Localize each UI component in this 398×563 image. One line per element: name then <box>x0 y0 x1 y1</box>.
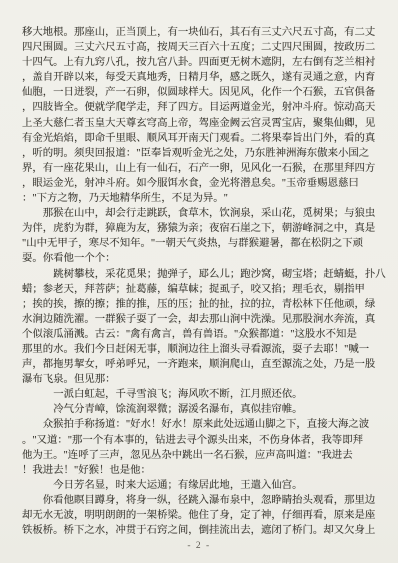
document-page: 移大地根。那座山，正当顶上，有一块仙石，其石有三丈六尺五寸高，有二丈四尺围圆。三… <box>0 0 398 563</box>
page-number: - 2 - <box>22 540 376 552</box>
text-line: 四尺围圆。三丈六尺五寸高，按周天三百六十五度；二丈四尺围圆，按政历二 <box>22 40 376 55</box>
text-line: 今日芳名显，时来大运通；有缘居此地，王遣入仙宫。 <box>22 478 376 493</box>
page-body: 移大地根。那座山，正当顶上，有一块仙石，其石有三丈六尺五寸高，有二丈四尺围圆。三… <box>22 25 376 538</box>
text-line: ，四肢皆全。便就学爬学走，拜了四方。目运两道金光，射冲斗府。惊动高天 <box>22 100 376 115</box>
text-line: ！我进去！"好猴！也是他： <box>22 463 376 478</box>
text-line: 有金光焰焰，即命千里眼、顺风耳开南天门观看。二将果奉旨出门外，看的真 <box>22 131 376 146</box>
text-line: 却无水无波，明明朗朗的一架桥梁。他住了身，定了神，仔细再看，原来是座 <box>22 508 376 523</box>
text-line: ，眼运金光，射冲斗府。如今服饵水食，金光将潜息矣。"玉帝垂赐恩慈曰 <box>22 176 376 191</box>
text-line: 冷气分青嶂，馀流润翠微；潺湲名瀑布，真似挂帘帷。 <box>22 402 376 417</box>
text-line: 移大地根。那座山，正当顶上，有一块仙石，其石有三丈六尺五寸高，有二丈 <box>22 25 376 40</box>
text-line: 跳树攀枝，采花觅果；抛弹子，邷么儿；跑沙窝，砌宝塔；赶蜻蜓，扑八 <box>22 267 376 282</box>
text-line: 。"又道："那一个有本事的，钻进去寻个源头出来，不伤身体者，我等即拜 <box>22 433 376 448</box>
text-line: 耍。你看他一个个： <box>22 251 376 266</box>
text-line: 上圣大慈仁者玉皇大天尊玄穹高上帝，驾座金阙云宫灵霄宝店，聚集仙卿，见 <box>22 116 376 131</box>
text-line: 那里的水。我们今日赶闲无事，顺涧边往上溜头寻看源流，耍子去耶！"喊一 <box>22 342 376 357</box>
text-line: 瀑布飞泉。但见那： <box>22 372 376 387</box>
text-line: 声，都拖男挈女，呼弟呼兄，一齐跑来，顺涧爬山，直至源流之处，乃是一股 <box>22 357 376 372</box>
text-line: "山中无甲子，寒尽不知年。"一朝天气炎热，与群猴避暑，都在松阴之下顽 <box>22 236 376 251</box>
text-line: 那猴在山中，却会行走跳跃，食草木，饮涧泉，采山花，觅树果；与狼虫 <box>22 206 376 221</box>
text-line: ，听的明。须臾回报道："臣奉旨观听金光之处，乃东胜神洲海东傲来小国之 <box>22 146 376 161</box>
text-line: 仙胞，一日迸裂，产一石卵，似圆球样大。因见风，化作一个石猴，五官俱备 <box>22 85 376 100</box>
text-line: 蜡；参老天，拜菩萨；扯葛藤，编草帓；捉虱子，咬又掐；理毛衣，剔指甲 <box>22 282 376 297</box>
text-line: 为伴，虎豹为群，獐鹿为友，猕猿为亲；夜宿石崖之下，朝游峰洞之中，真是 <box>22 221 376 236</box>
text-line: 你看他瞑目蹲身，将身一纵，径跳入瀑布泉中，忽睁睛抬头观看，那里边 <box>22 493 376 508</box>
text-line: 众猴拍手称扬道："好水！好水！原来此处远通山脚之下，直接大海之波 <box>22 417 376 432</box>
text-line: ："下方之物，乃天地精华所生，不足为异。" <box>22 191 376 206</box>
text-line: ；挨的挨，擦的擦；推的推，压的压；扯的扯，拉的拉，青松林下任他顽，绿 <box>22 297 376 312</box>
text-line: 一派白虹起，千寻雪浪飞；海风吹不断，江月照还依。 <box>22 387 376 402</box>
text-line: 十四气。上有九窍八孔，按九宫八卦。四面更无树木遮阴，左右倒有芝兰相衬 <box>22 55 376 70</box>
text-line: 他为王。"连呼了三声，忽见丛杂中跳出一名石猴，应声高叫道："我进去 <box>22 448 376 463</box>
text-line: 水涧边随洗濯。一群猴子耍了一会，却去那山涧中洗澡。见那股涧水奔流，真 <box>22 312 376 327</box>
text-line: 界，有一座花果山，山上有一仙石，石产一卵，见风化一石猴，在那里拜四方 <box>22 161 376 176</box>
text-line: 铁板桥。桥下之水，冲贯于石窍之间，倒挂流出去，遮闭了桥门。却又欠身上 <box>22 523 376 538</box>
text-line: 个似滚瓜涌溅。古云："禽有禽言，兽有兽语。"众猴都道："这股水不知是 <box>22 327 376 342</box>
text-line: ，盖自开辟以来，每受天真地秀，日精月华，感之既久，遂有灵通之意，内育 <box>22 70 376 85</box>
